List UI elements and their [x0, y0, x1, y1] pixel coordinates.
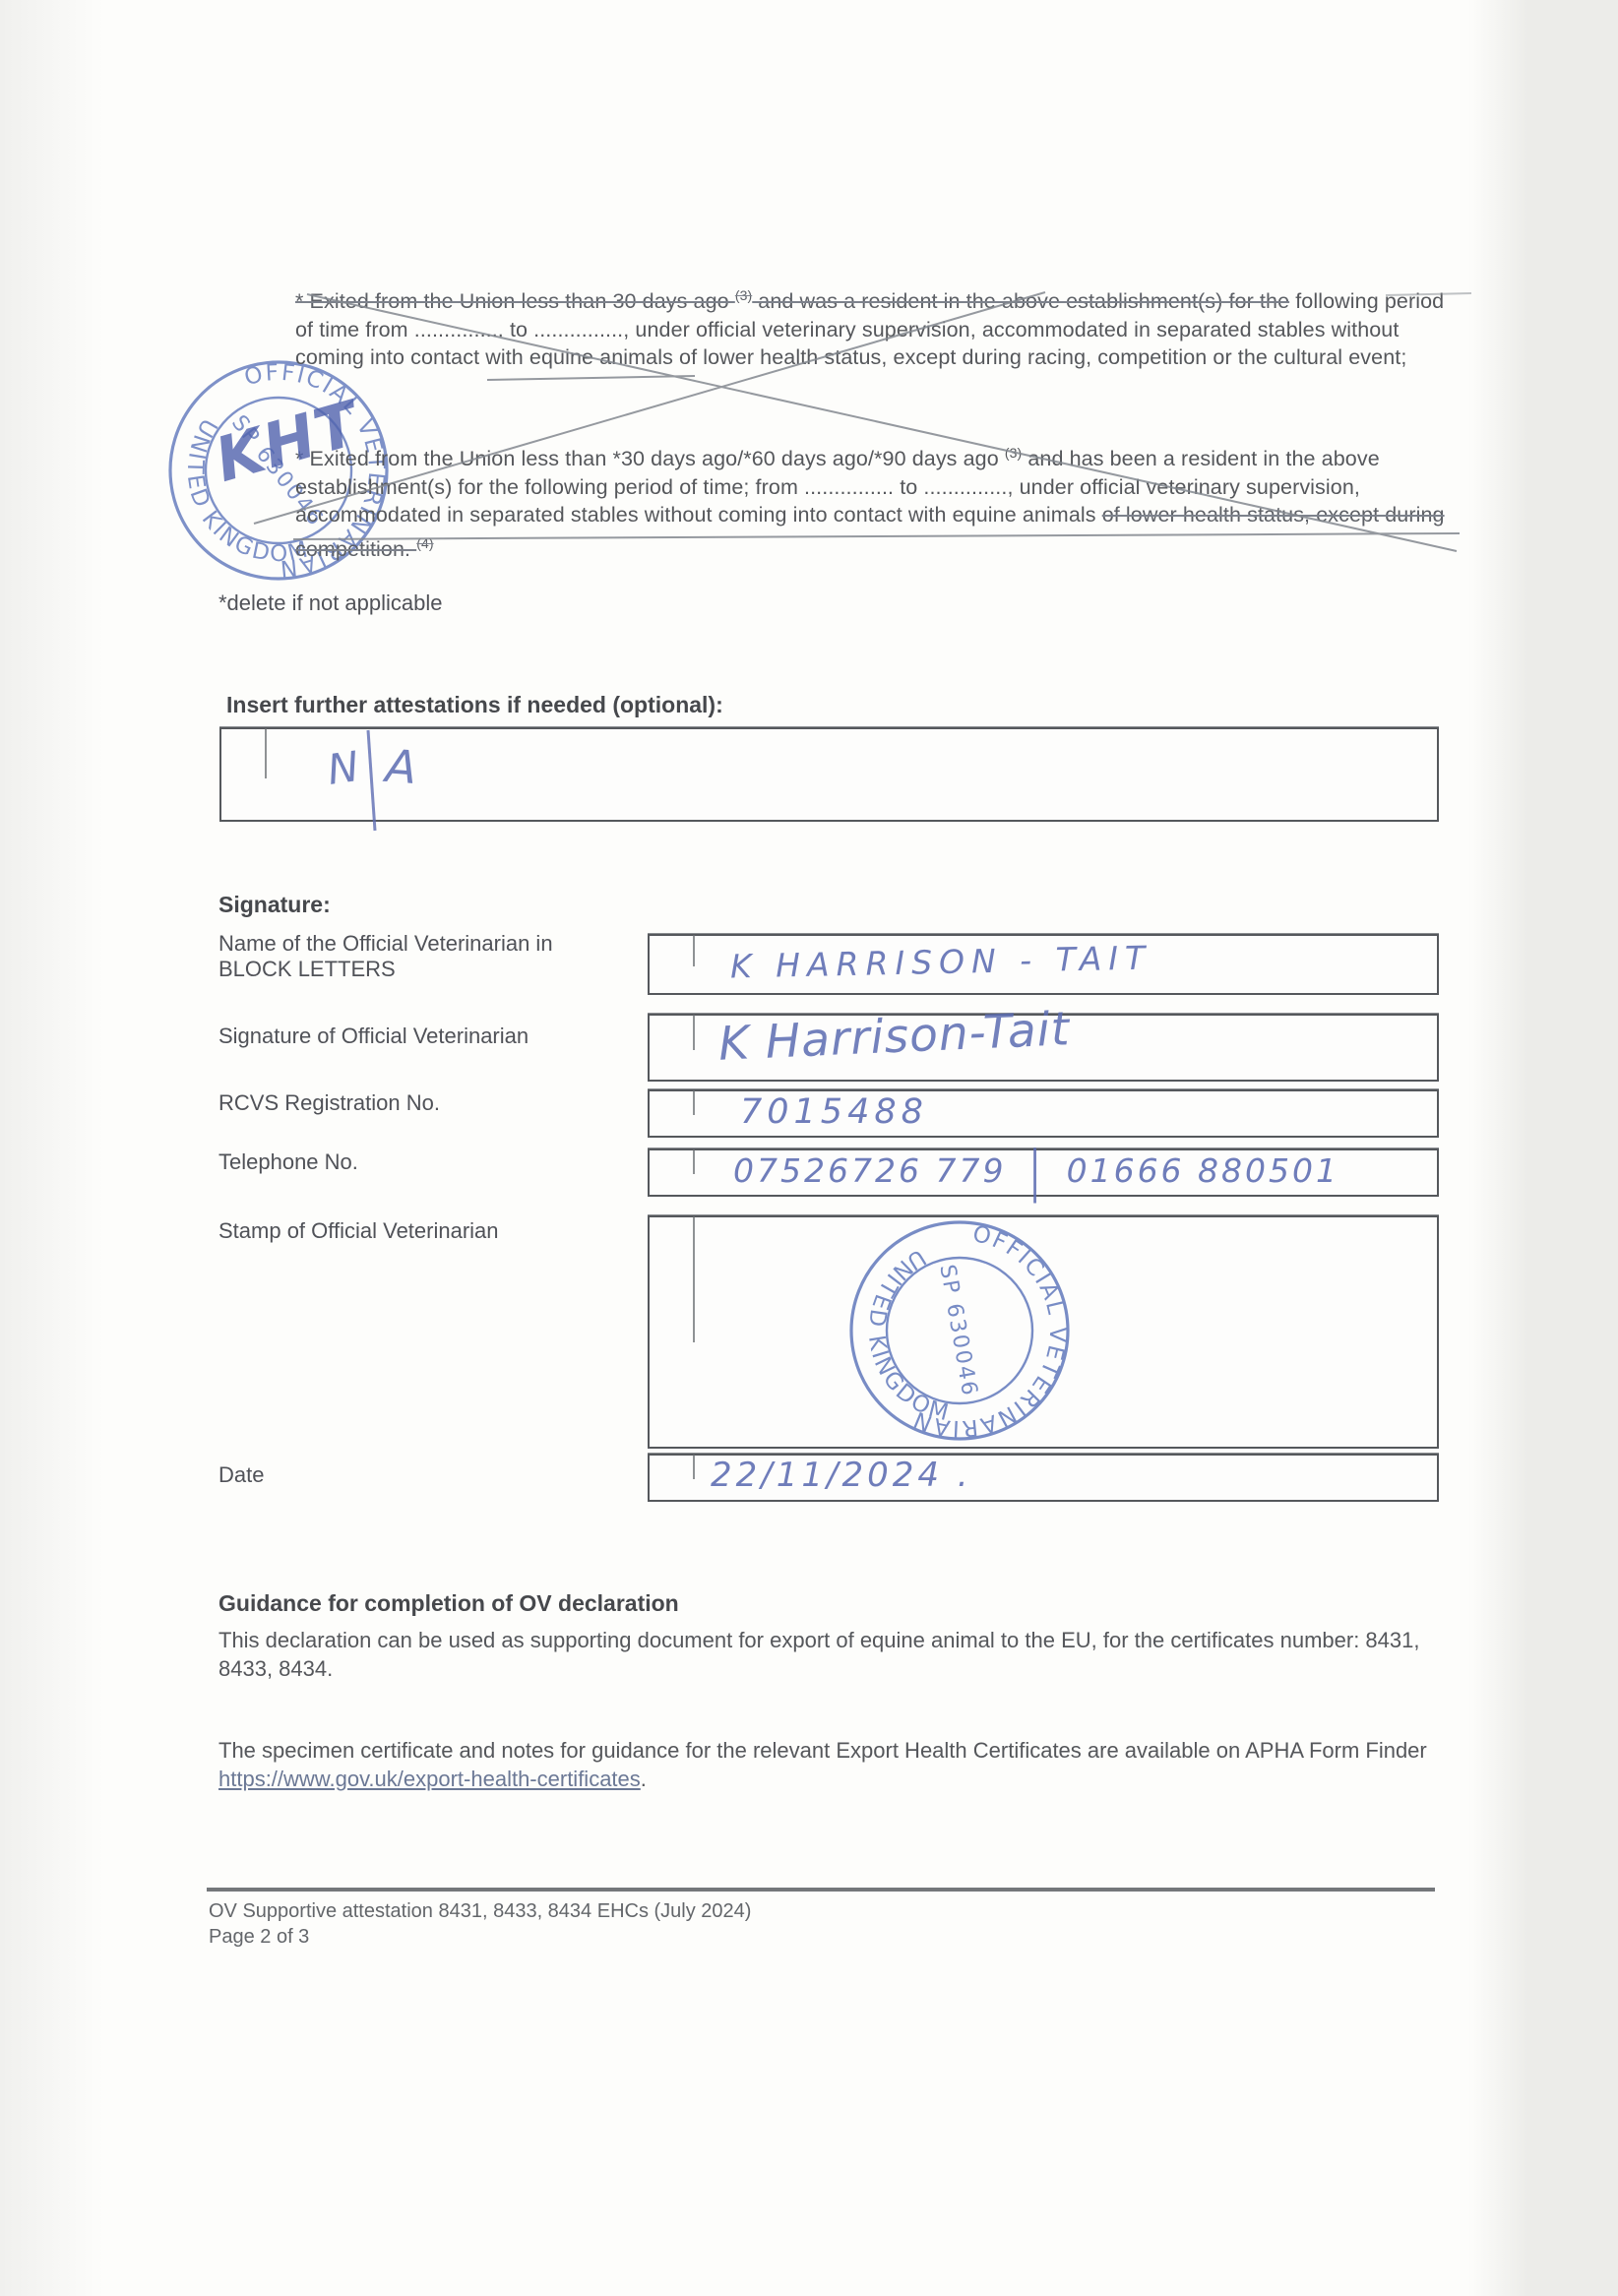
rcvs-handwriting: 7015488	[740, 1092, 928, 1132]
footer-rule	[207, 1888, 1435, 1892]
telephone-number-2: 01666 880501	[1067, 1151, 1339, 1190]
rcvs-label: RCVS Registration No.	[218, 1090, 440, 1116]
scan-shade-left	[0, 0, 104, 2296]
guidance-paragraph-2: The specimen certificate and notes for g…	[218, 1736, 1454, 1793]
na-handwriting-a: A	[384, 739, 418, 794]
struck-text: and was a resident in the above establis…	[752, 289, 1289, 313]
name-label: Name of the Official Veterinarian in BLO…	[218, 931, 592, 982]
scan-shade-right	[1468, 0, 1618, 2296]
na-handwriting-n: N	[325, 742, 362, 794]
stamp-field	[648, 1215, 1439, 1449]
delete-note: *delete if not applicable	[218, 590, 443, 616]
attestation-paragraph-1: * Exited from the Union less than 30 day…	[295, 281, 1457, 372]
telephone-number-1: 07526726 779	[733, 1151, 1006, 1190]
footnote-ref-3: (3)	[1005, 445, 1022, 461]
date-handwriting: 22/11/2024 .	[711, 1456, 972, 1495]
telephone-label: Telephone No.	[218, 1149, 358, 1175]
footer-document-title: OV Supportive attestation 8431, 8433, 84…	[209, 1899, 751, 1924]
footnote-ref-4: (4)	[416, 535, 433, 551]
further-attestations-heading: Insert further attestations if needed (o…	[226, 692, 723, 718]
attestation-paragraph-2: * Exited from the Union less than *30 da…	[295, 439, 1457, 564]
footnote-ref-3: (3)	[735, 287, 752, 303]
stamp-label: Stamp of Official Veterinarian	[218, 1218, 499, 1244]
paragraph-text: * Exited from the Union less than *30 da…	[295, 447, 1005, 470]
guidance-text: .	[641, 1767, 647, 1791]
document-page: * Exited from the Union less than 30 day…	[0, 0, 1618, 2296]
telephone-handwriting: 07526726 779 | 01666 880501	[733, 1151, 1339, 1190]
date-label: Date	[218, 1462, 264, 1488]
guidance-paragraph-1: This declaration can be used as supporti…	[218, 1626, 1454, 1683]
footer-page-number: Page 2 of 3	[209, 1925, 309, 1950]
guidance-text: The specimen certificate and notes for g…	[218, 1738, 1427, 1763]
signature-heading: Signature:	[218, 892, 331, 918]
export-health-certificates-link[interactable]: https://www.gov.uk/export-health-certifi…	[218, 1767, 641, 1791]
telephone-divider: |	[1029, 1138, 1043, 1203]
struck-text: * Exited from the Union less than 30 day…	[295, 289, 735, 313]
guidance-heading: Guidance for completion of OV declaratio…	[218, 1590, 679, 1617]
cultural-event-strike	[487, 376, 695, 380]
signature-label: Signature of Official Veterinarian	[218, 1024, 529, 1049]
